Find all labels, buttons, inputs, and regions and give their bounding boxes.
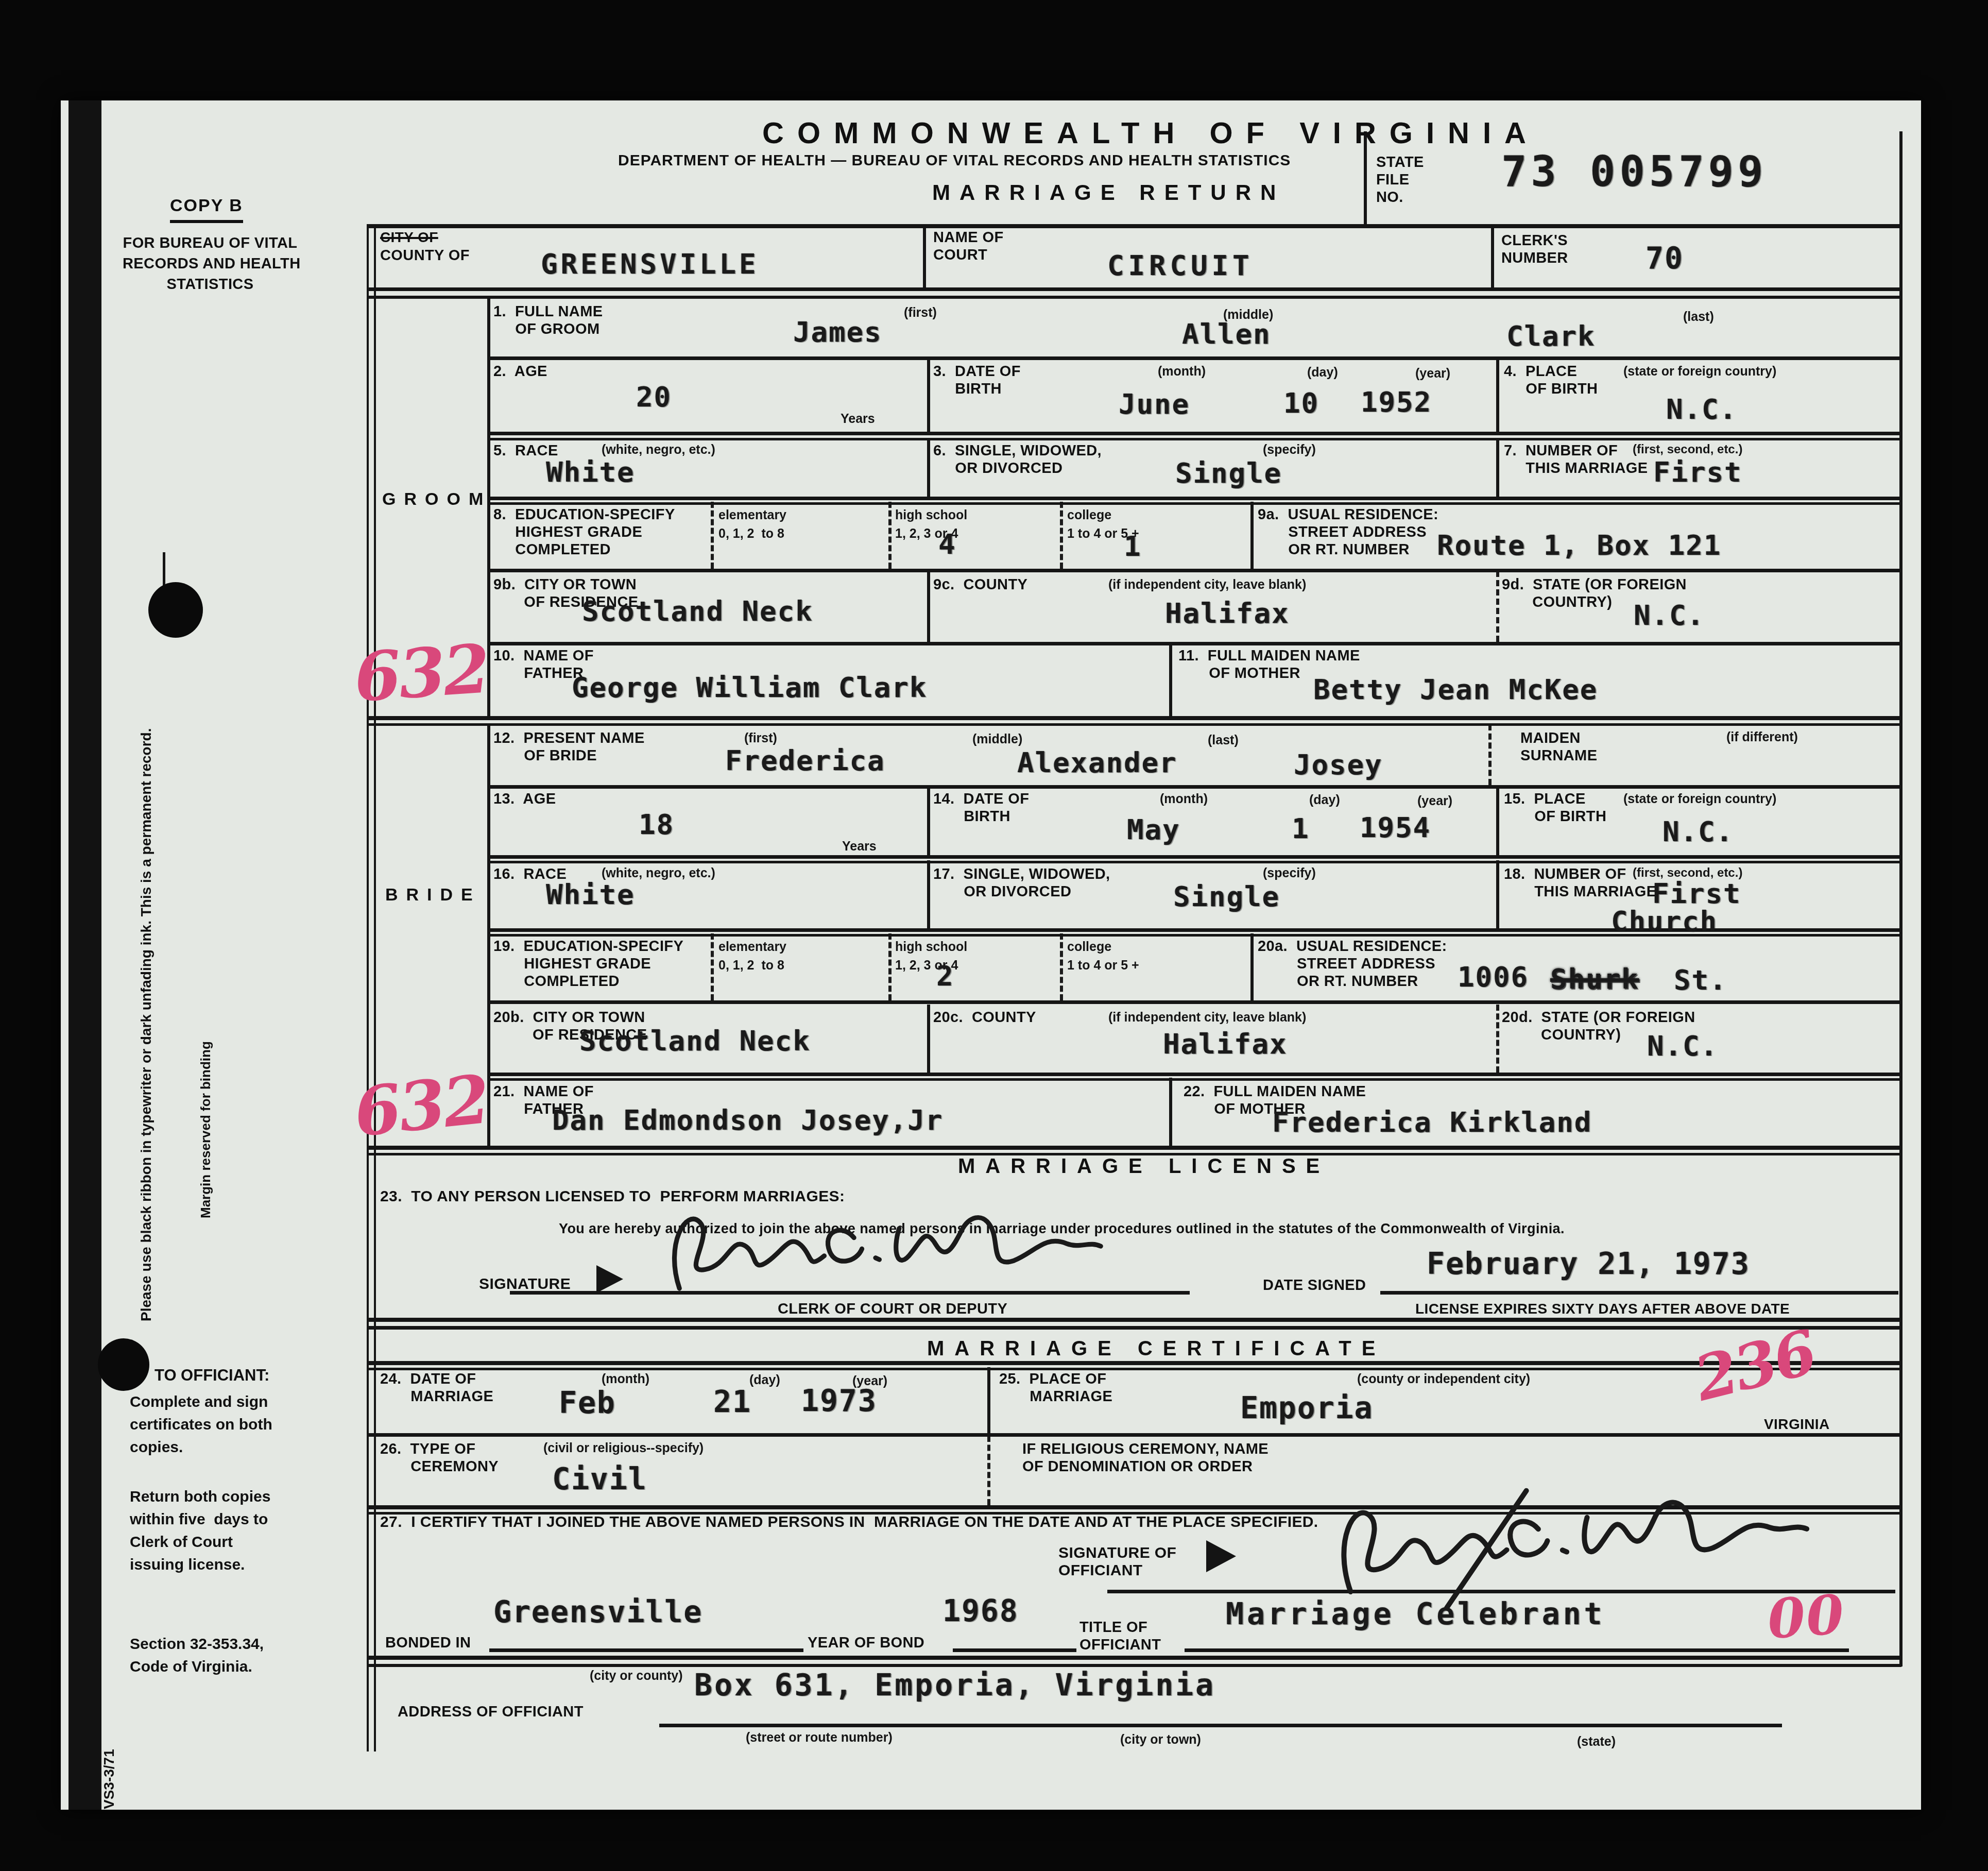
license-expires-note: LICENSE EXPIRES SIXTY DAYS AFTER ABOVE D… — [1415, 1300, 1790, 1318]
bride-college-label: college 1 to 4 or 5 + — [1067, 938, 1139, 975]
line-groom-bottom-2 — [368, 723, 1901, 726]
year-of-bond-label: YEAR OF BOND — [808, 1634, 924, 1652]
bride-first-hint: (first) — [744, 730, 777, 746]
form-name: MARRIAGE RETURN — [932, 180, 1285, 205]
line-cert-heading-1 — [368, 1361, 1901, 1365]
to-officiant-note-1: Complete and sign certificates on both c… — [130, 1391, 272, 1459]
copy-for-note: FOR BUREAU OF VITAL RECORDS AND HEALTH S… — [123, 233, 298, 295]
groom-last-name: Clark — [1506, 321, 1596, 351]
bride-race-value: White — [546, 880, 635, 910]
groom-month-hint: (month) — [1158, 364, 1206, 379]
line-county-bottom-2 — [368, 296, 1901, 299]
clerk-number-label: CLERK'S NUMBER — [1501, 232, 1568, 267]
divider-hs-college — [1060, 502, 1063, 569]
groom-middle-name: Allen — [1182, 319, 1271, 349]
divider-elem-hs — [888, 502, 892, 569]
maiden-surname-hint: (if different) — [1726, 729, 1798, 745]
bride-county-value: Halifax — [1163, 1029, 1288, 1059]
line-license-bottom-2 — [368, 1326, 1901, 1330]
groom-highschool-value: 4 — [938, 530, 956, 559]
bride-day-hint: (day) — [1309, 792, 1340, 808]
bride-section-label: BRIDE — [385, 885, 481, 905]
state-file-number: 73 005799 — [1501, 157, 1767, 187]
bride-pob-hint: (state or foreign country) — [1623, 791, 1776, 807]
line-row12-bottom — [487, 785, 1901, 789]
line-row8-bottom — [487, 569, 1901, 572]
date-signed-value: February 21, 1973 — [1427, 1249, 1750, 1279]
line-county-top — [368, 224, 1901, 228]
groom-marriage-number-label: 7. NUMBER OF THIS MARRIAGE — [1504, 442, 1648, 477]
divider-father-mother-bride — [1169, 1078, 1172, 1146]
groom-county-value: Halifax — [1165, 599, 1290, 628]
groom-college-value: 1 — [1124, 532, 1142, 562]
fee-code: 00 — [1766, 1587, 1847, 1646]
groom-pob-hint: (state or foreign country) — [1623, 364, 1776, 379]
line-row13-bottom-2 — [487, 861, 1901, 863]
groom-street-value: Route 1, Box 121 — [1437, 531, 1721, 560]
bride-last-name: Josey — [1294, 750, 1383, 780]
divider-dob-pob-bride — [1496, 785, 1499, 855]
divider-age-dob — [927, 356, 930, 432]
bride-street-number: 1006 — [1458, 962, 1529, 992]
date-signed-label: DATE SIGNED — [1263, 1277, 1366, 1294]
year-of-bond-line — [953, 1648, 1076, 1652]
punch-hole-bottom — [98, 1338, 149, 1391]
divider-single-number-bride — [1496, 860, 1499, 928]
groom-highschool-label: high school 1, 2, 3 or 4 — [895, 506, 967, 543]
groom-birth-month: June — [1119, 389, 1190, 419]
groom-elementary-label: elementary 0, 1, 2 to 8 — [718, 506, 786, 543]
groom-state-value: N.C. — [1634, 601, 1705, 631]
divider-county-state-groom — [1496, 571, 1499, 642]
divider-bride-maiden — [1488, 724, 1492, 785]
marriage-place-value: Emporia — [1240, 1393, 1373, 1423]
license-heading: MARRIAGE LICENSE — [958, 1155, 1330, 1178]
divider-age-dob-bride — [927, 785, 930, 855]
bride-county-label: 20c. COUNTY — [933, 1009, 1036, 1026]
bride-name-label: 12. PRESENT NAME OF BRIDE — [493, 729, 645, 764]
bride-middle-hint: (middle) — [972, 732, 1022, 747]
bride-years-label: Years — [842, 839, 877, 854]
line-cert-bottom-1 — [368, 1656, 1901, 1660]
copy-label: COPY B — [170, 196, 243, 223]
line-cert-heading-2 — [368, 1368, 1901, 1370]
line-row5-bottom-2 — [487, 502, 1901, 505]
signature-arrow-icon — [596, 1265, 623, 1293]
document-subtitle: DEPARTMENT OF HEALTH — BUREAU OF VITAL R… — [618, 152, 1291, 169]
groom-county-hint: (if independent city, leave blank) — [1108, 577, 1306, 592]
divider-single-number — [1496, 438, 1499, 498]
address-line — [659, 1724, 1782, 1727]
state-file-label: STATE FILE NO. — [1376, 154, 1424, 206]
year-of-bond-value: 1968 — [942, 1596, 1019, 1626]
form-left-border-outer — [367, 224, 369, 1751]
bride-marital-label: 17. SINGLE, WIDOWED, OR DIVORCED — [933, 865, 1110, 900]
bride-education-label: 19. EDUCATION-SPECIFY HIGHEST GRADE COMP… — [493, 938, 683, 990]
bonded-in-label: BONDED IN — [385, 1634, 471, 1652]
groom-father-value: George William Clark — [572, 673, 927, 703]
divider-college-residence-bride — [1250, 933, 1254, 1000]
document-title: COMMONWEALTH OF VIRGINIA — [762, 116, 1539, 150]
groom-name-label: 1. FULL NAME OF GROOM — [493, 303, 603, 338]
margin-note-ink: Please use black ribbon in typewriter or… — [138, 569, 155, 1321]
divider-ceremony-religious — [987, 1436, 990, 1505]
address-state-hint: (state) — [1577, 1734, 1616, 1749]
line-row19-bottom — [487, 1000, 1901, 1004]
bonded-in-value: Greensville — [493, 1597, 702, 1627]
divider-hs-college-bride — [1060, 933, 1063, 1000]
groom-first-hint: (first) — [904, 305, 937, 320]
maiden-surname-label: MAIDEN SURNAME — [1520, 729, 1597, 764]
to-officiant-note-2: Return both copies within five days to C… — [130, 1486, 270, 1576]
line-row2-bottom-2 — [487, 438, 1901, 440]
divider-edu-elem-bride — [711, 933, 714, 1000]
bride-elementary-label: elementary 0, 1, 2 to 8 — [718, 938, 786, 975]
groom-marriage-number-value: First — [1653, 457, 1742, 487]
clerk-signature-label: SIGNATURE — [479, 1275, 571, 1293]
groom-birth-year: 1952 — [1361, 387, 1432, 417]
groom-pob-label: 4. PLACE OF BIRTH — [1504, 363, 1598, 398]
city-of-struck-label: CITY OF — [380, 229, 438, 246]
bride-last-hint: (last) — [1208, 733, 1239, 748]
groom-birth-place: N.C. — [1666, 395, 1737, 424]
marriage-day-hint: (day) — [749, 1372, 780, 1388]
groom-age-label: 2. AGE — [493, 363, 547, 380]
certify-statement: 27. I CERTIFY THAT I JOINED THE ABOVE NA… — [380, 1513, 1318, 1531]
line-row2-bottom-1 — [487, 432, 1901, 435]
bride-birth-day: 1 — [1292, 814, 1310, 844]
court-label: NAME OF COURT — [933, 229, 1004, 264]
punch-hole-top — [148, 582, 203, 638]
officiant-title-label: TITLE OF OFFICIANT — [1079, 1619, 1161, 1654]
line-row20-bottom-1 — [487, 1073, 1901, 1076]
line-row13-bottom-1 — [487, 855, 1901, 859]
clerk-signature — [650, 1181, 1184, 1307]
groom-marital-hint: (specify) — [1263, 442, 1316, 457]
line-row9-bottom — [487, 642, 1901, 645]
line-license-bottom-1 — [368, 1318, 1901, 1322]
bride-margin-code: 632 — [351, 1066, 491, 1146]
marriage-day-value: 21 — [713, 1387, 751, 1417]
marriage-year-value: 1973 — [801, 1386, 877, 1416]
groom-dob-label: 3. DATE OF BIRTH — [933, 363, 1021, 398]
county-of-label: COUNTY OF — [380, 247, 470, 264]
groom-day-hint: (day) — [1307, 365, 1338, 380]
officiant-signature-arrow-icon — [1206, 1540, 1236, 1572]
officiant-title-line — [1185, 1648, 1849, 1652]
bride-state-value: N.C. — [1647, 1031, 1718, 1061]
marriage-month-value: Feb — [559, 1388, 616, 1418]
divider-elem-hs-bride — [888, 933, 892, 1000]
groom-race-hint: (white, negro, etc.) — [602, 442, 715, 457]
marriage-place-hint: (county or independent city) — [1357, 1371, 1530, 1387]
bride-marital-hint: (specify) — [1263, 865, 1316, 881]
bride-middle-name: Alexander — [1017, 748, 1177, 778]
groom-county-label: 9c. COUNTY — [933, 576, 1027, 593]
groom-section-label: GROOM — [382, 489, 491, 509]
divider-race-single — [927, 438, 930, 498]
bride-year-hint: (year) — [1417, 793, 1452, 809]
religious-ceremony-label: IF RELIGIOUS CEREMONY, NAME OF DENOMINAT… — [1022, 1440, 1269, 1475]
divider-date-place-marriage — [987, 1367, 990, 1433]
court-value: CIRCUIT — [1107, 251, 1254, 281]
bride-first-name: Frederica — [725, 746, 885, 776]
groom-marital-value: Single — [1175, 458, 1282, 488]
divider-city-county-bride — [927, 1005, 930, 1073]
bride-pob-label: 15. PLACE OF BIRTH — [1504, 790, 1606, 825]
groom-education-label: 8. EDUCATION-SPECIFY HIGHEST GRADE COMPL… — [493, 506, 675, 558]
marriage-date-label: 24. DATE OF MARRIAGE — [380, 1370, 493, 1405]
officiant-address-value: Box 631, Emporia, Virginia — [694, 1670, 1215, 1700]
date-signed-line — [1380, 1291, 1898, 1295]
certificate-heading: MARRIAGE CERTIFICATE — [927, 1337, 1385, 1360]
ceremony-type-value: Civil — [552, 1464, 647, 1494]
divider-college-residence — [1250, 502, 1254, 569]
county-court-divider — [923, 227, 926, 288]
divider-edu-elem — [711, 502, 714, 569]
form-left-border-inner — [374, 224, 376, 1751]
groom-first-name: James — [793, 317, 882, 347]
line-cert-bottom-2 — [368, 1664, 1901, 1667]
bride-highschool-value: 2 — [936, 961, 954, 991]
to-officiant-title: TO OFFICIANT: — [155, 1364, 269, 1387]
groom-last-hint: (last) — [1683, 309, 1714, 325]
marriage-place-label: 25. PLACE OF MARRIAGE — [999, 1370, 1112, 1405]
virginia-label: VIRGINIA — [1764, 1416, 1830, 1433]
groom-birth-day: 10 — [1283, 388, 1319, 418]
divider-dob-pob — [1496, 356, 1499, 432]
clerk-caption: CLERK OF COURT OR DEPUTY — [778, 1300, 1007, 1318]
groom-years-label: Years — [841, 411, 875, 427]
bride-street-correction: Church — [1611, 907, 1718, 937]
bride-residence-label: 20a. USUAL RESIDENCE: STREET ADDRESS OR … — [1258, 938, 1447, 990]
bonded-in-line — [489, 1648, 803, 1652]
officiant-signature-label: SIGNATURE OF OFFICIANT — [1058, 1544, 1176, 1579]
bride-birth-year: 1954 — [1360, 813, 1431, 843]
bride-street-struck: Shurk — [1550, 964, 1639, 994]
line-row1-bottom — [487, 356, 1901, 360]
bride-city-value: Scotland Neck — [579, 1026, 811, 1056]
divider-father-mother-groom — [1169, 642, 1172, 716]
bride-marriage-number-value: First — [1652, 879, 1741, 909]
clerk-number-value: 70 — [1646, 243, 1684, 273]
line-county-bottom-1 — [368, 287, 1901, 291]
form-code: VS3-3/71 — [101, 1680, 117, 1809]
bride-month-hint: (month) — [1160, 791, 1208, 807]
line-bride-bottom-1 — [368, 1146, 1901, 1150]
bride-marital-value: Single — [1173, 882, 1280, 912]
clerk-box-border — [1491, 227, 1494, 288]
address-city-hint: (city or town) — [1120, 1732, 1201, 1747]
groom-residence-label: 9a. USUAL RESIDENCE: STREET ADDRESS OR R… — [1258, 506, 1438, 558]
binding-strip — [68, 100, 101, 1810]
divider-city-county-groom — [927, 571, 930, 642]
bride-father-value: Dan Edmondson Josey,Jr — [552, 1105, 943, 1135]
bonded-in-hint: (city or county) — [590, 1668, 683, 1683]
groom-mother-value: Betty Jean McKee — [1313, 675, 1598, 705]
groom-year-hint: (year) — [1415, 366, 1450, 381]
line-row20-bottom-2 — [487, 1078, 1901, 1081]
county-value: GREENSVILLE — [541, 249, 759, 279]
groom-marriage-number-hint: (first, second, etc.) — [1633, 442, 1742, 457]
marriage-month-hint: (month) — [602, 1371, 649, 1387]
bride-street-suffix: St. — [1674, 965, 1727, 995]
bride-birth-place: N.C. — [1663, 817, 1734, 847]
line-row24-bottom — [368, 1433, 1901, 1437]
bride-county-hint: (if independent city, leave blank) — [1108, 1010, 1306, 1025]
divider-county-state-bride — [1496, 1005, 1499, 1073]
divider-race-single-bride — [927, 860, 930, 928]
address-street-hint: (street or route number) — [746, 1730, 893, 1745]
line-groom-bottom-1 — [368, 716, 1901, 720]
bride-highschool-label: high school 1, 2, 3 or 4 — [895, 938, 967, 975]
scanned-marriage-return: COPY B FOR BUREAU OF VITAL RECORDS AND H… — [0, 0, 1988, 1871]
groom-age-value: 20 — [636, 382, 672, 412]
groom-margin-code: 632 — [352, 635, 490, 711]
groom-race-value: White — [546, 457, 635, 487]
groom-city-value: Scotland Neck — [582, 597, 813, 626]
ceremony-type-hint: (civil or religious--specify) — [543, 1440, 704, 1456]
code-section-ref: Section 32-353.34, Code of Virginia. — [130, 1633, 264, 1678]
ceremony-type-label: 26. TYPE OF CEREMONY — [380, 1440, 499, 1475]
margin-note-binding: Margin reserved for binding — [198, 796, 214, 1218]
bride-birth-month: May — [1127, 815, 1180, 845]
line-row5-bottom-1 — [487, 497, 1901, 500]
bride-age-label: 13. AGE — [493, 790, 556, 808]
groom-marital-label: 6. SINGLE, WIDOWED, OR DIVORCED — [933, 442, 1102, 477]
bride-age-value: 18 — [639, 810, 674, 840]
officiant-address-label: ADDRESS OF OFFICIANT — [398, 1703, 584, 1721]
bride-dob-label: 14. DATE OF BIRTH — [933, 790, 1029, 825]
bride-mother-value: Frederica Kirkland — [1272, 1108, 1592, 1137]
